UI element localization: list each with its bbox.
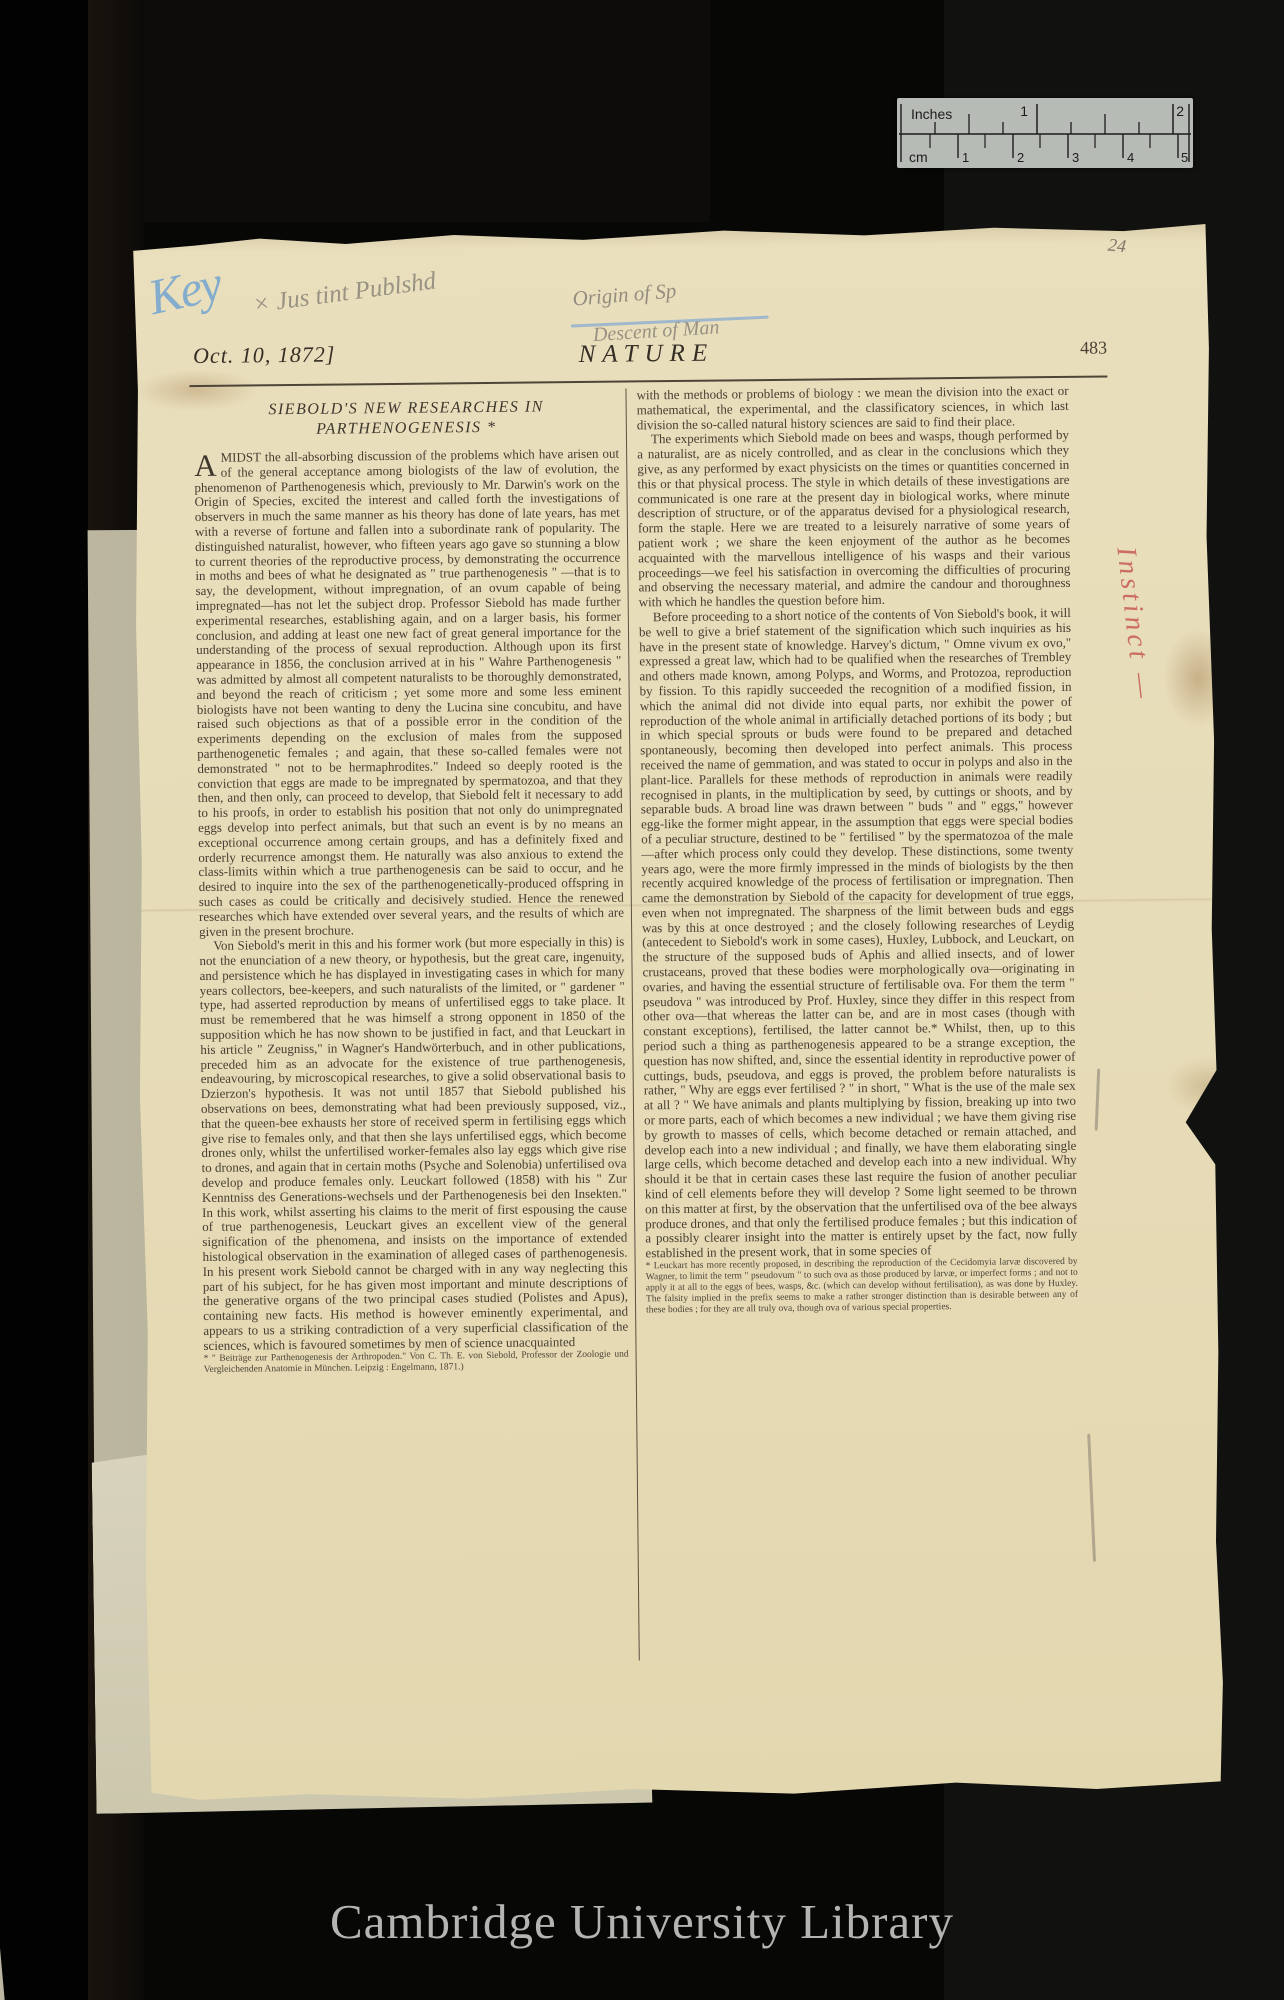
drop-cap: A: [194, 451, 221, 479]
pencil-margin-mark-1: [1095, 1069, 1101, 1131]
paragraph-text: MIDST the all-absorbing discussion of th…: [194, 446, 624, 939]
paragraph: The experiments which Siebold made on be…: [637, 428, 1071, 610]
ruler-inch-2: 2: [1176, 103, 1184, 119]
ruler-cm-5: 5: [1181, 150, 1188, 165]
footnote-1: * " Beiträge zur Parthenogenesis der Art…: [204, 1349, 629, 1375]
paragraph: AMIDST the all-absorbing discussion of t…: [194, 447, 624, 940]
ruler-cm-4: 4: [1127, 150, 1134, 165]
book-spine: [0, 0, 88, 2000]
article-column-1: SIEBOLD'S NEW RESEARCHES IN PARTHENOGENE…: [193, 389, 628, 1376]
annotation-origin-of-species: Origin of Sp: [572, 278, 678, 311]
ruler-inches-label: Inches: [911, 106, 952, 122]
backdrop-shading-top: [110, 0, 710, 222]
ruler-graphic: Inches 1 2 cm 1 2 3 4 5: [897, 98, 1193, 168]
issue-date: Oct. 10, 1872]: [193, 342, 336, 369]
paragraph: Before proceeding to a short notice of t…: [639, 606, 1078, 1262]
pencil-margin-mark-2: [1087, 1434, 1096, 1562]
library-caption: Cambridge University Library: [0, 1893, 1284, 1950]
page-number: 483: [1080, 337, 1107, 358]
annotation-pencil-top: × Jus tint Publshd: [251, 267, 437, 319]
ruler-cm-label: cm: [909, 149, 928, 165]
article-title-line2: PARTHENOGENESIS *: [316, 419, 496, 438]
scan-stage: Inches 1 2 cm 1 2 3 4 5 Key × Jus tint P…: [0, 0, 1284, 2000]
annotation-blue-crayon: Key: [143, 254, 226, 326]
ruler-inch-1: 1: [1020, 103, 1028, 119]
paragraph: with the methods or problems of biology …: [636, 384, 1068, 433]
measurement-ruler: Inches 1 2 cm 1 2 3 4 5: [897, 98, 1193, 168]
article-title: SIEBOLD'S NEW RESEARCHES IN PARTHENOGENE…: [194, 397, 619, 441]
ruler-cm-2: 2: [1017, 150, 1024, 165]
journal-page: Key × Jus tint Publshd Origin of Sp Desc…: [130, 222, 1226, 1803]
footnote-2: * Leuckart has more recently proposed, i…: [646, 1257, 1079, 1317]
page-corner-sliver: [0, 1948, 26, 2000]
article-column-2: with the methods or problems of biology …: [636, 384, 1078, 1316]
annotation-red-margin: Instinct —: [1109, 545, 1159, 704]
article-title-line1: SIEBOLD'S NEW RESEARCHES IN: [268, 398, 544, 418]
paragraph: Von Siebold's merit in this and his form…: [199, 935, 628, 1354]
annotation-corner-number: 24: [1107, 235, 1127, 258]
journal-title: NATURE: [578, 340, 714, 369]
ruler-cm-1: 1: [962, 150, 969, 165]
page-header: Oct. 10, 1872] NATURE 483: [191, 327, 1107, 381]
ruler-cm-3: 3: [1072, 150, 1079, 165]
